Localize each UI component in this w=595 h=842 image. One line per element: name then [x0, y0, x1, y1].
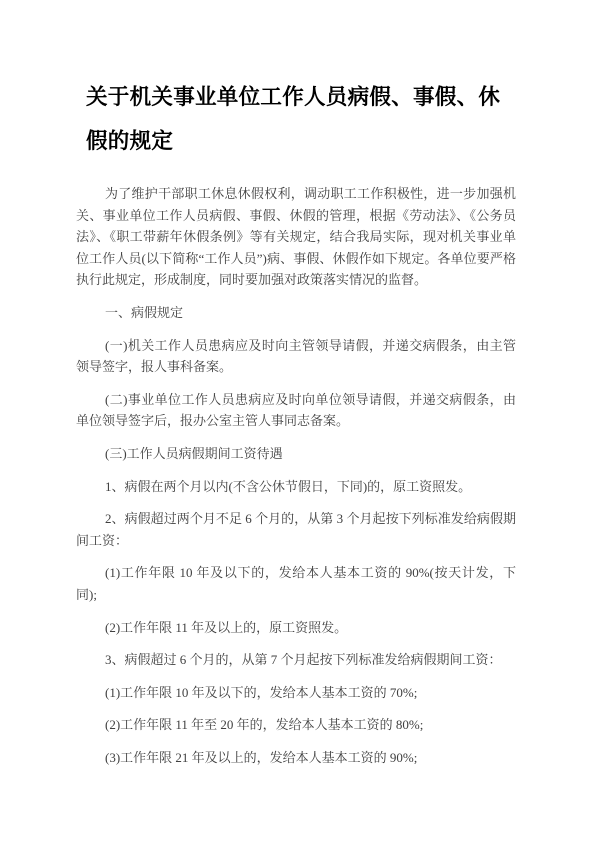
paragraph-intro: 为了维护干部职工休息休假权利，调动职工工作积极性，进一步加强机关、事业单位工作人…: [76, 183, 516, 291]
paragraph-wage-item-3-sub-2: (2)工作年限 11 年至 20 年的，发给本人基本工资的 80%;: [76, 714, 516, 736]
paragraph-wage-item-3-sub-3: (3)工作年限 21 年及以上的，发给本人基本工资的 90%;: [76, 747, 516, 769]
paragraph-rule-3-heading: (三)工作人员病假期间工资待遇: [76, 443, 516, 465]
paragraph-rule-1: (一)机关工作人员患病应及时向主管领导请假，并递交病假条，由主管领导签字，报人事…: [76, 335, 516, 378]
paragraph-wage-item-3-sub-1: (1)工作年限 10 年及以下的，发给本人基本工资的 70%;: [76, 682, 516, 704]
paragraph-wage-item-2-sub-2: (2)工作年限 11 年及以上的，原工资照发。: [76, 617, 516, 639]
paragraph-wage-item-2: 2、病假超过两个月不足 6 个月的，从第 3 个月起按下列标准发给病假期间工资：: [76, 508, 516, 551]
paragraph-wage-item-3: 3、病假超过 6 个月的，从第 7 个月起按下列标准发给病假期间工资：: [76, 649, 516, 671]
paragraph-wage-item-2-sub-1: (1)工作年限 10 年及以下的，发给本人基本工资的 90%(按天计发，下同);: [76, 562, 516, 605]
paragraph-rule-2: (二)事业单位工作人员患病应及时向单位领导请假，并递交病假条，由单位领导签字后，…: [76, 389, 516, 432]
document-content: 关于机关事业单位工作人员病假、事假、休假的规定 为了维护干部职工休息休假权利，调…: [76, 75, 516, 779]
document-page: 关于机关事业单位工作人员病假、事假、休假的规定 为了维护干部职工休息休假权利，调…: [0, 0, 595, 842]
section-heading-sick-leave: 一、病假规定: [76, 302, 516, 324]
document-title: 关于机关事业单位工作人员病假、事假、休假的规定: [86, 75, 516, 163]
paragraph-wage-item-1: 1、病假在两个月以内(不含公休节假日，下同)的，原工资照发。: [76, 476, 516, 498]
